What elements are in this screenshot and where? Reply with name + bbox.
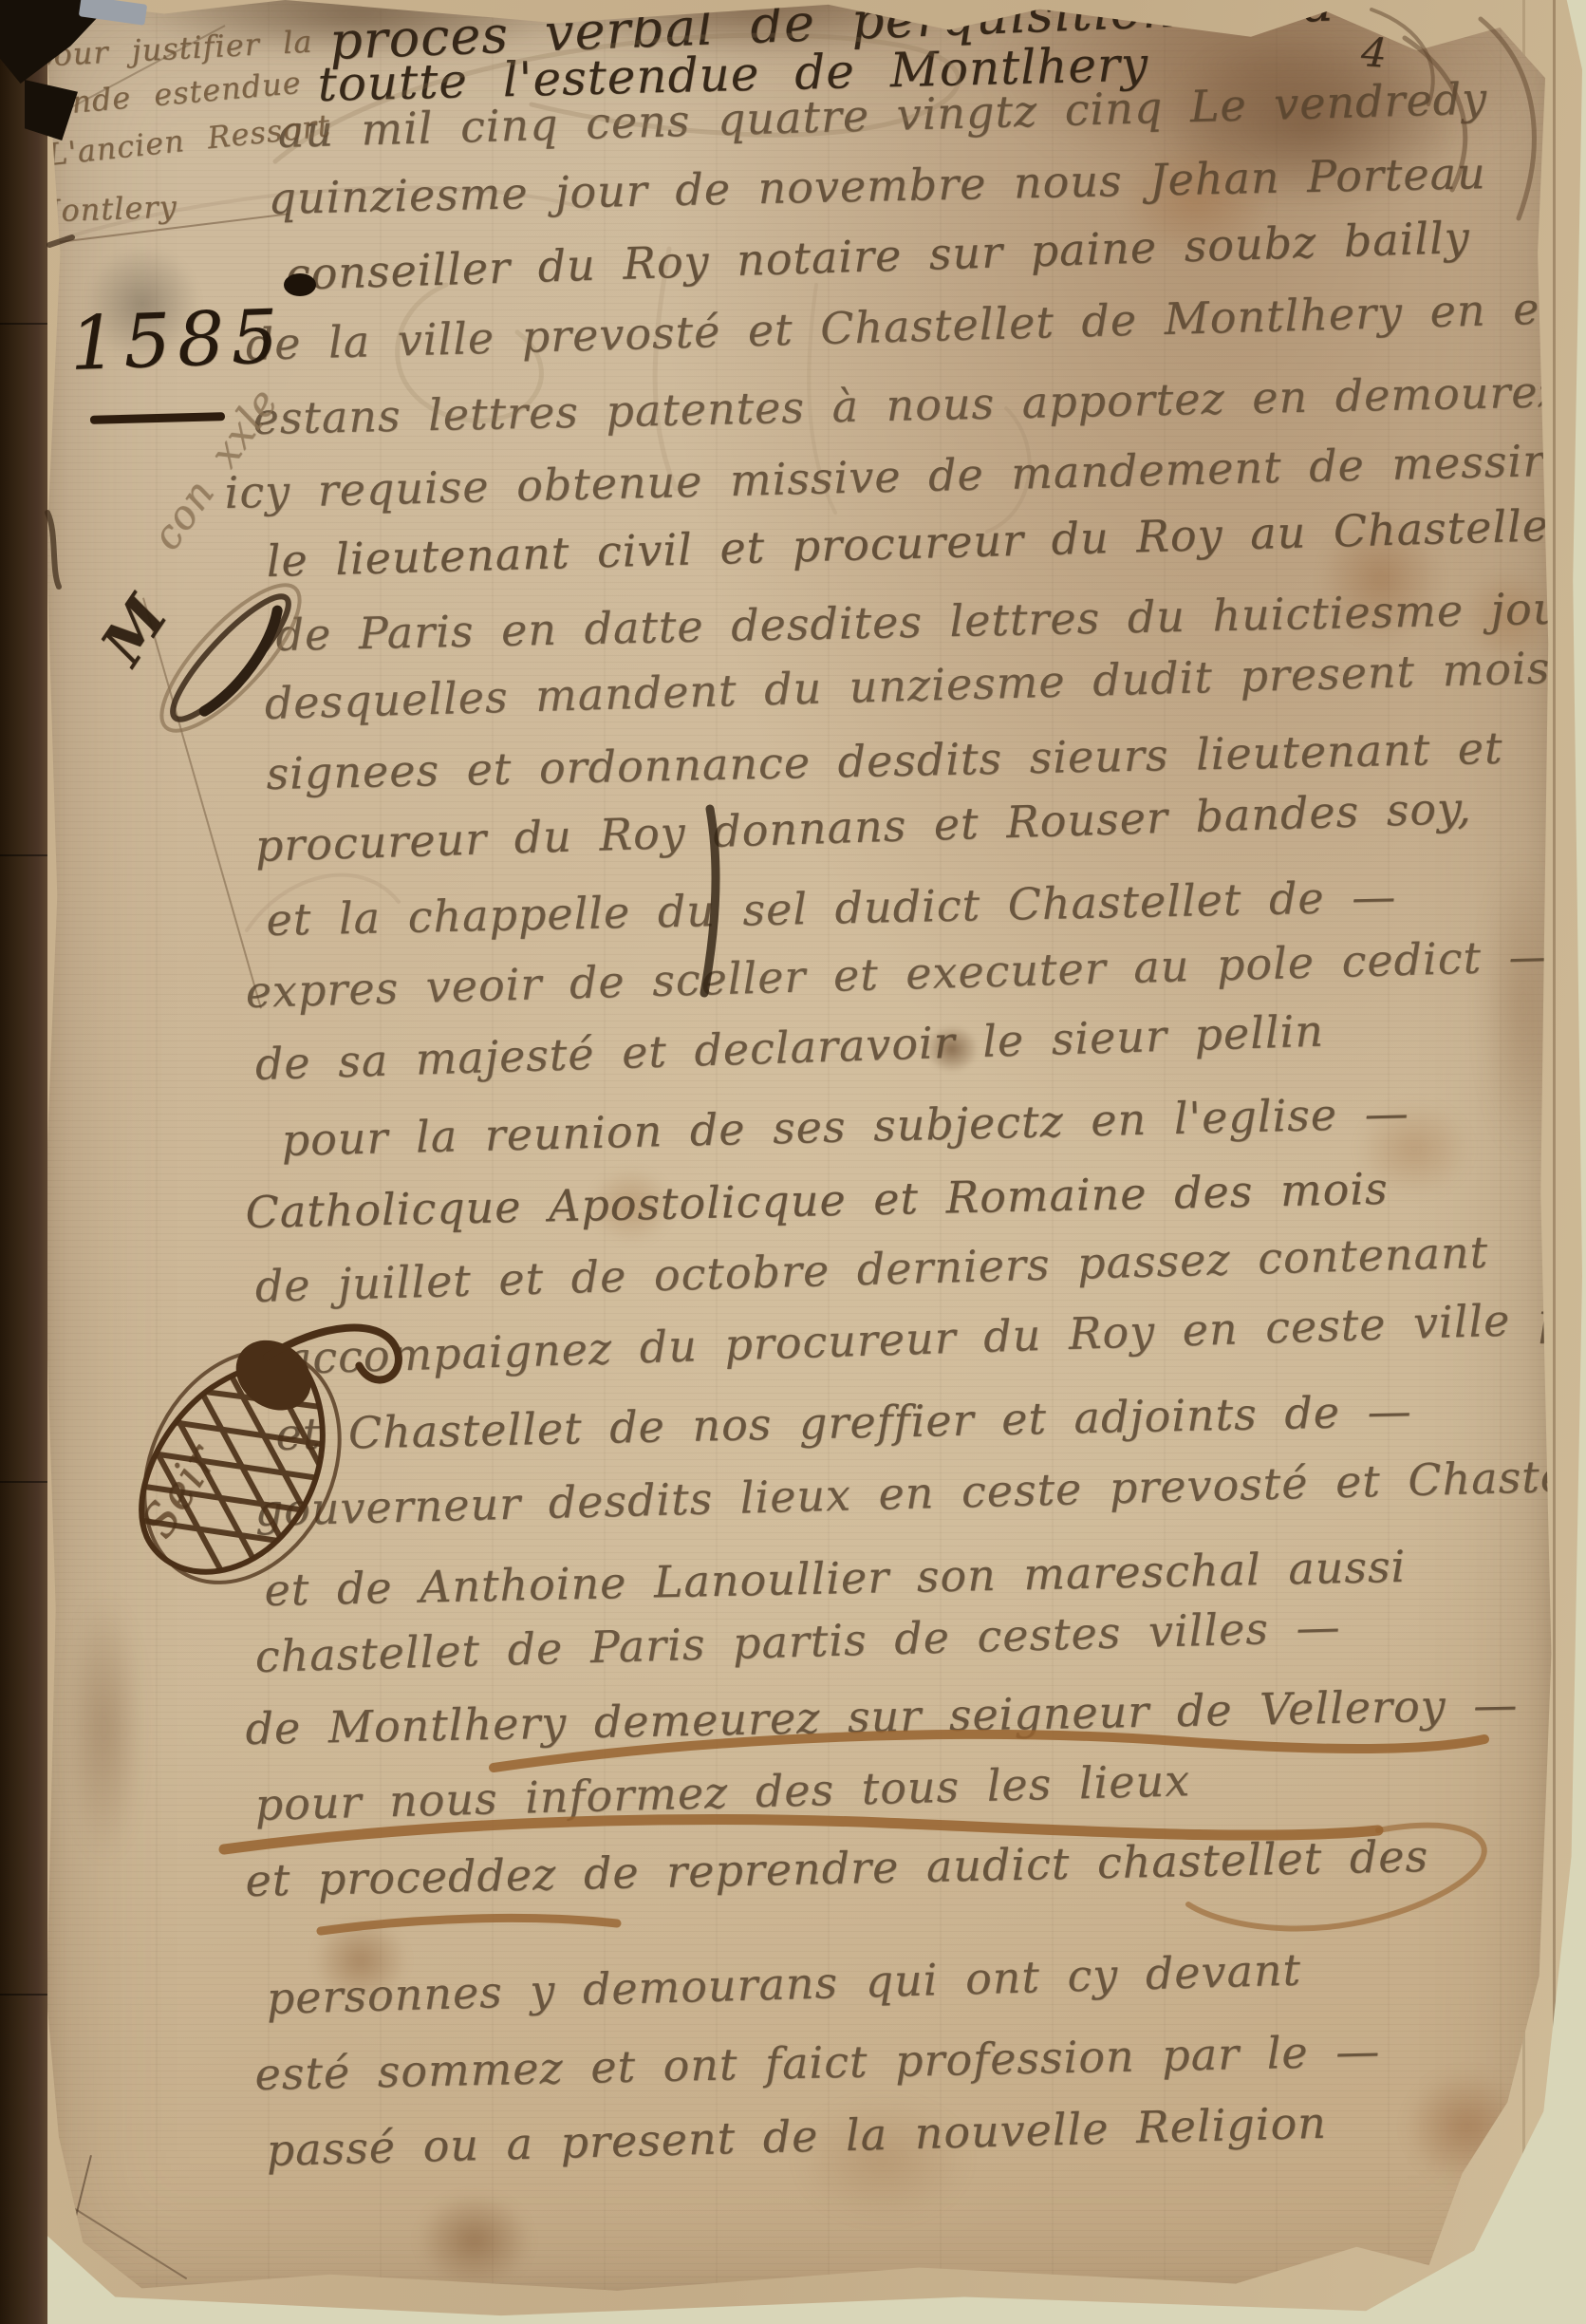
doodle-ink-blob <box>222 1326 325 1425</box>
oval-flourish <box>142 567 319 750</box>
torn-corner-ridges <box>1371 9 1534 218</box>
manuscript-photo: proces verbal de perquisition deratoutte… <box>0 0 1586 2324</box>
ink-slash <box>704 809 716 993</box>
rust-underlines <box>224 1734 1484 1931</box>
ink-blot <box>284 273 316 296</box>
margin-cut-letters <box>47 237 72 587</box>
pinecone-doodle <box>72 1246 444 1640</box>
ink-showthrough <box>66 35 1030 930</box>
ink-overlay <box>0 0 1586 2324</box>
